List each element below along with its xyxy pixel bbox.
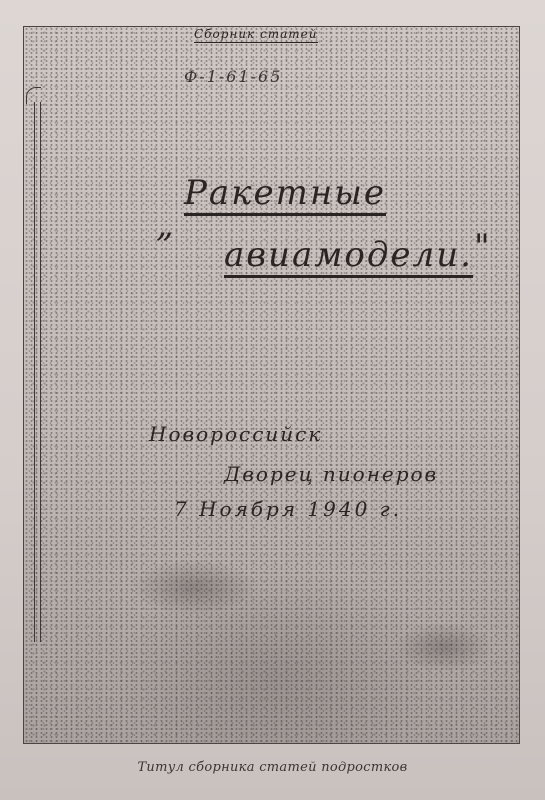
collection-label: Сборник статей: [194, 27, 318, 43]
closing-quote-mark: ": [474, 227, 490, 267]
photocopy-noise-texture: [24, 27, 519, 743]
figure-caption: Титул сборника статей подростков: [0, 760, 545, 775]
title-line-2: авиамодели.: [224, 235, 473, 278]
opening-quote-mark: „: [156, 205, 174, 245]
book-page: Сборник статей Ф-1-61-65 „ Ракетные авиа…: [0, 0, 545, 800]
institution-name: Дворец пионеров: [224, 462, 438, 486]
archive-number: Ф-1-61-65: [184, 67, 282, 86]
place-name: Новороссийск: [149, 422, 322, 446]
title-line-1: Ракетные: [184, 173, 386, 216]
photocopied-title-page: Сборник статей Ф-1-61-65 „ Ракетные авиа…: [23, 26, 520, 744]
document-date: 7 Ноября 1940 г.: [174, 497, 402, 521]
binding-double-line: [34, 102, 41, 642]
